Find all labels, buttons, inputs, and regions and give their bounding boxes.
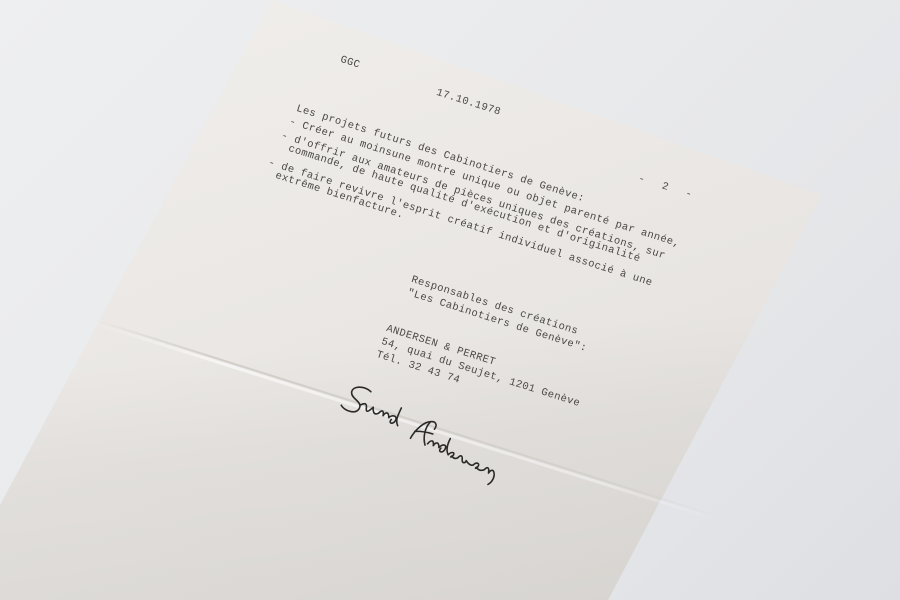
photo-scene: GGC 17.10.1978 - 2 - Les projets futurs … [0,0,900,600]
initials: GGC [339,55,361,71]
letter-date: 17.10.1978 [435,88,502,118]
page-marker: - 2 - [637,174,699,203]
typed-letter: GGC 17.10.1978 - 2 - Les projets futurs … [0,0,900,600]
